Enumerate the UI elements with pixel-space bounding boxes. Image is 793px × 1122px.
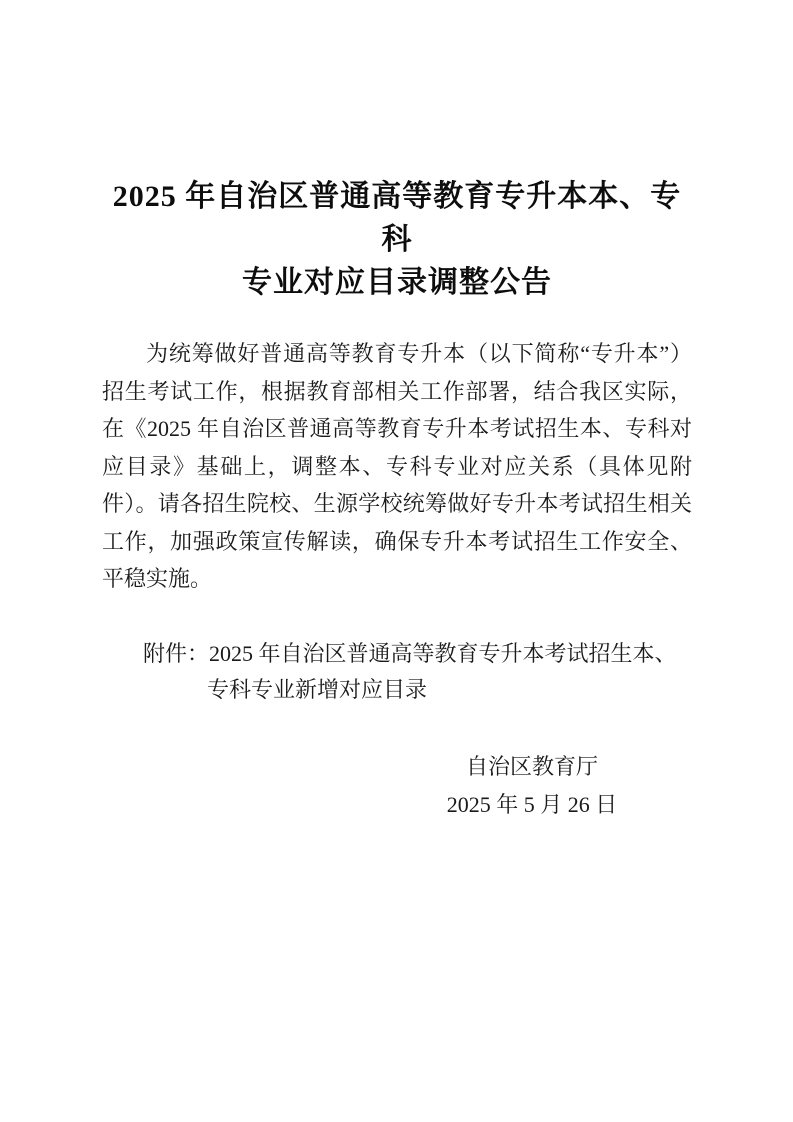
attachment-text: 2025 年自治区普通高等教育专升本考试招生本、专科专业新增对应目录 bbox=[207, 641, 677, 702]
document-title-line-2: 专业对应目录调整公告 bbox=[242, 266, 552, 299]
signature-date: 2025 年 5 月 26 日 bbox=[372, 786, 692, 824]
signature-block: 自治区教育厅 2025 年 5 月 26 日 bbox=[372, 748, 692, 824]
document-page: 2025 年自治区普通高等教育专升本本、专科 专业对应目录调整公告 为统筹做好普… bbox=[0, 0, 793, 1122]
document-title-line-1: 2025 年自治区普通高等教育专升本本、专科 bbox=[113, 180, 682, 256]
attachment-line: 附件：2025 年自治区普通高等教育专升本考试招生本、专科专业新增对应目录 bbox=[102, 636, 692, 708]
body-paragraph: 为统筹做好普通高等教育专升本（以下简称“专升本”）招生考试工作，根据教育部相关工… bbox=[102, 335, 692, 598]
attachment-label: 附件： bbox=[143, 641, 209, 666]
document-title: 2025 年自治区普通高等教育专升本本、专科 专业对应目录调整公告 bbox=[102, 175, 692, 304]
signature-issuer: 自治区教育厅 bbox=[372, 748, 692, 786]
